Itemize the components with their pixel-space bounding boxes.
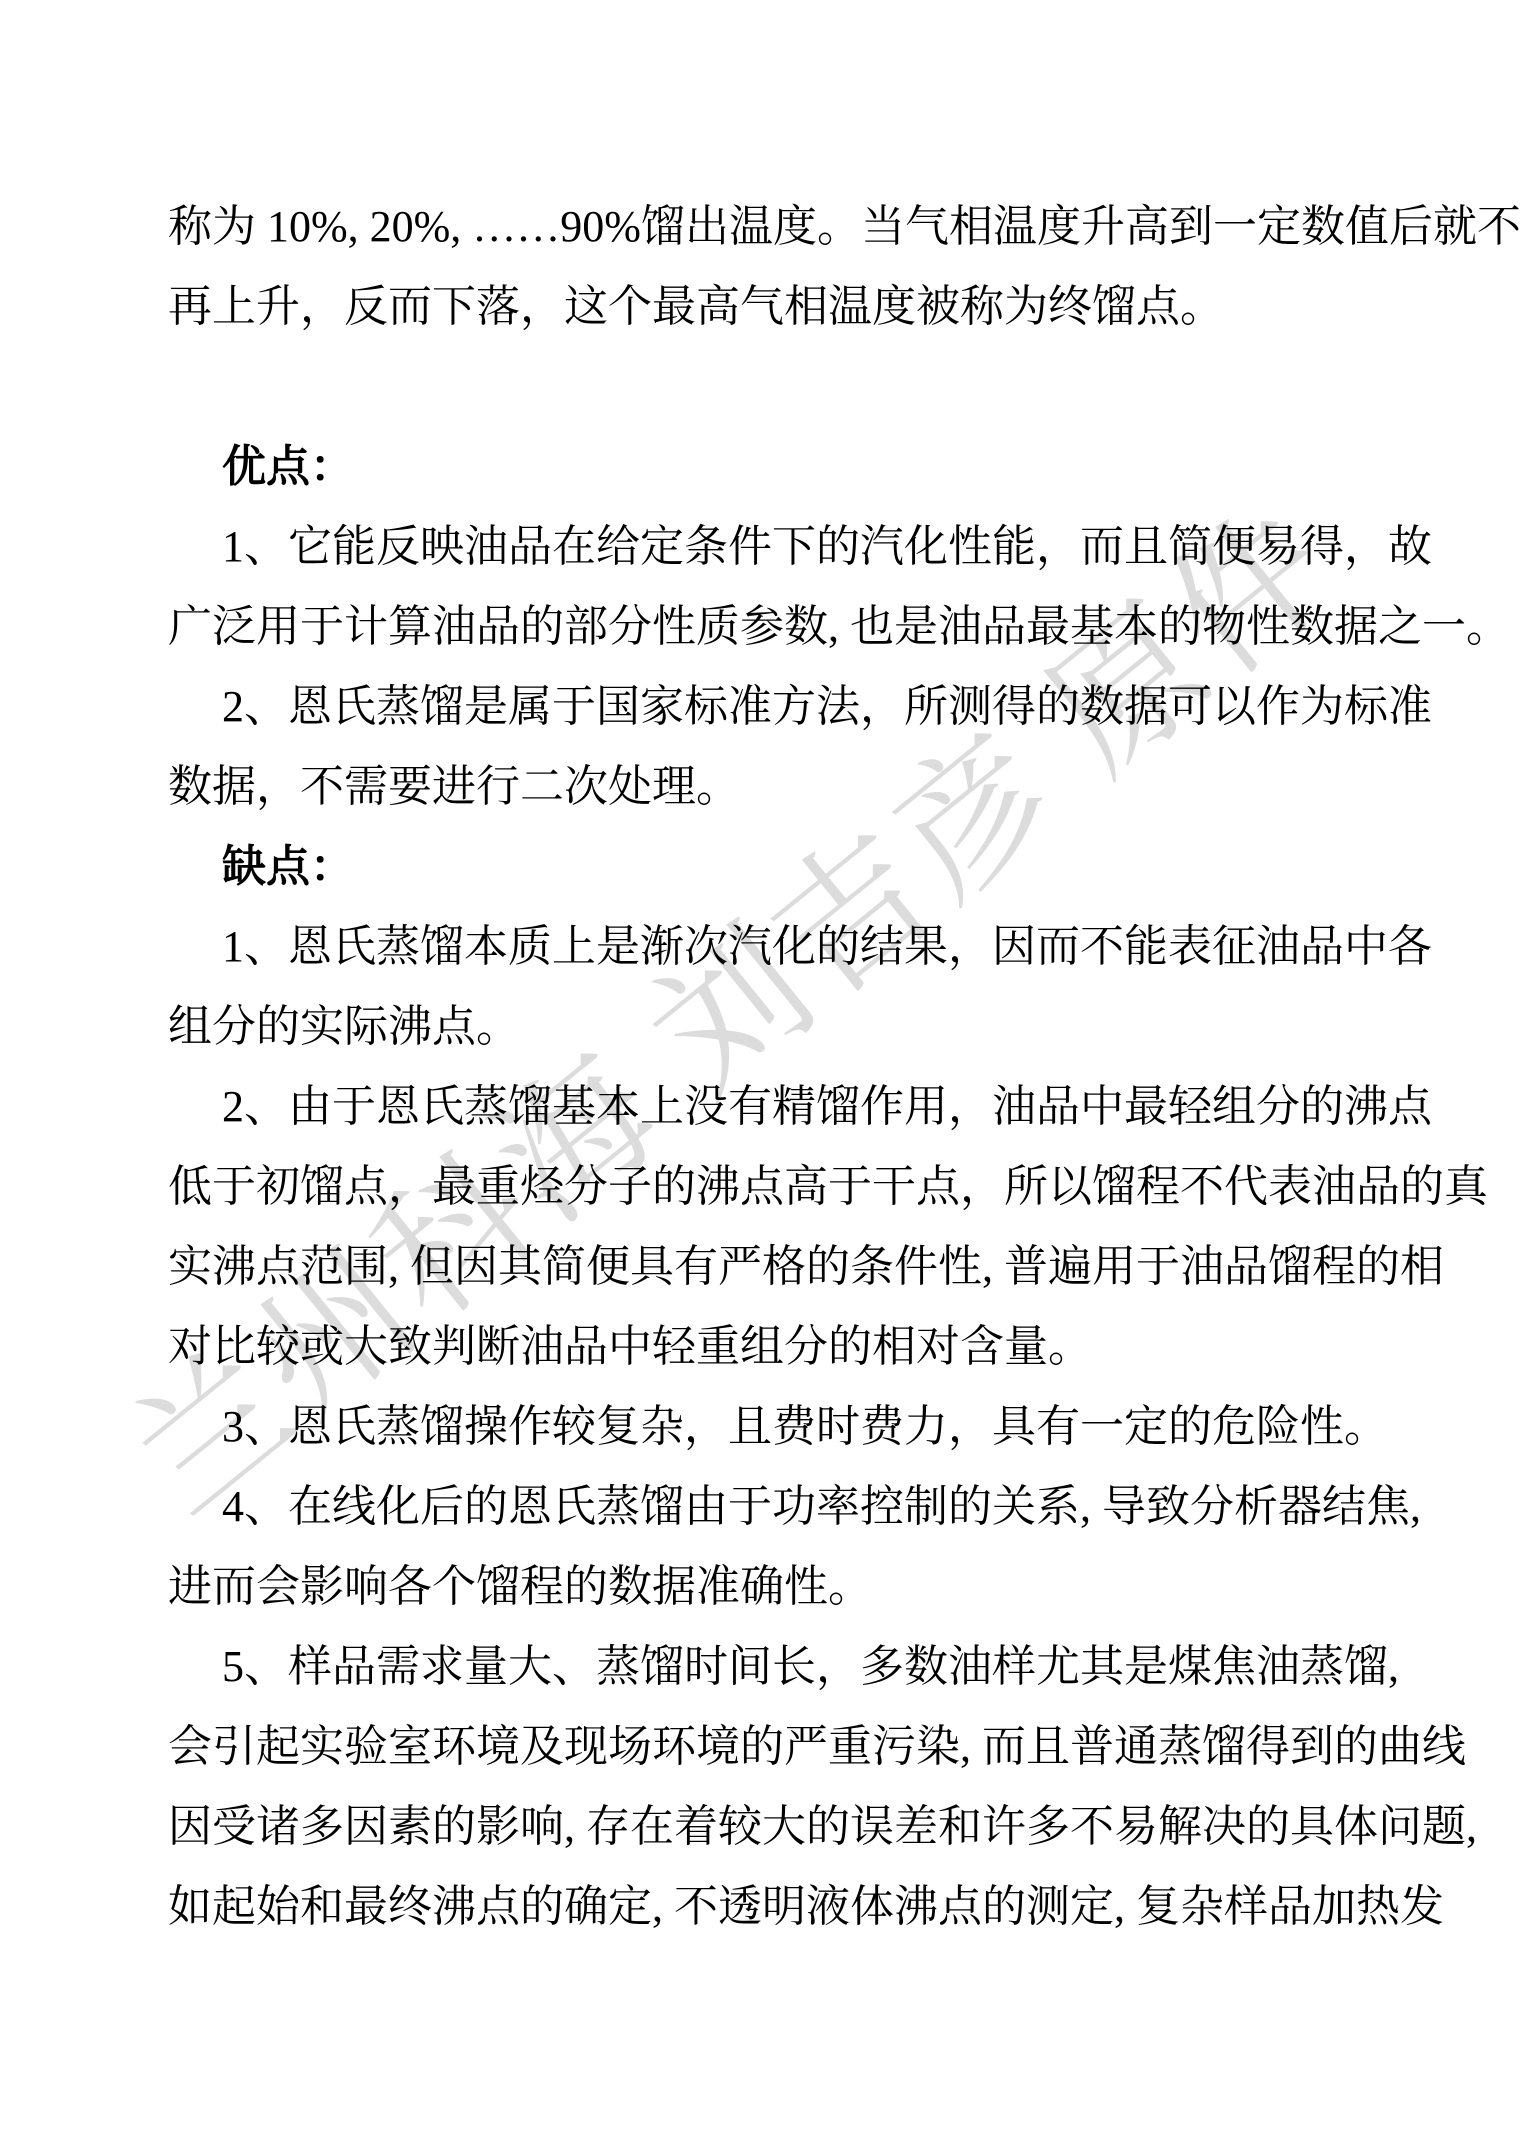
text-line: 广泛用于计算油品的部分性质参数, 也是油品最基本的物性数据之一。 (168, 587, 1360, 667)
text-line: 组分的实际沸点。 (168, 987, 1360, 1067)
document-page: 兰州科海 刘吉彦 原件 称为 10%, 20%, ……90%馏出温度。当气相温度… (0, 0, 1524, 2156)
text-line: 3、恩氏蒸馏操作较复杂，且费时费力，具有一定的危险性。 (168, 1387, 1360, 1467)
text-line: 称为 10%, 20%, ……90%馏出温度。当气相温度升高到一定数值后就不 (168, 187, 1360, 267)
text-line: 2、恩氏蒸馏是属于国家标准方法，所测得的数据可以作为标准 (168, 667, 1360, 747)
heading-advantages: 优点： (168, 427, 1360, 507)
text-line: 如起始和最终沸点的确定, 不透明液体沸点的测定, 复杂样品加热发 (168, 1867, 1360, 1947)
text-line: 5、样品需求量大、蒸馏时间长，多数油样尤其是煤焦油蒸馏, (168, 1627, 1360, 1707)
text-line: 对比较或大致判断油品中轻重组分的相对含量。 (168, 1307, 1360, 1387)
text-line: 1、它能反映油品在给定条件下的汽化性能，而且简便易得，故 (168, 507, 1360, 587)
text-line: 会引起实验室环境及现场环境的严重污染, 而且普通蒸馏得到的曲线 (168, 1707, 1360, 1787)
text-line: 实沸点范围, 但因其简便具有严格的条件性, 普遍用于油品馏程的相 (168, 1227, 1360, 1307)
text-line: 2、由于恩氏蒸馏基本上没有精馏作用，油品中最轻组分的沸点 (168, 1067, 1360, 1147)
text-line: 数据，不需要进行二次处理。 (168, 747, 1360, 827)
text-line: 进而会影响各个馏程的数据准确性。 (168, 1547, 1360, 1627)
text-line: 因受诸多因素的影响, 存在着较大的误差和许多不易解决的具体问题, (168, 1787, 1360, 1867)
text-line: 4、在线化后的恩氏蒸馏由于功率控制的关系, 导致分析器结焦, (168, 1467, 1360, 1547)
text-line: 低于初馏点，最重烃分子的沸点高于干点，所以馏程不代表油品的真 (168, 1147, 1360, 1227)
text-line: 1、恩氏蒸馏本质上是渐次汽化的结果，因而不能表征油品中各 (168, 907, 1360, 987)
heading-disadvantages: 缺点： (168, 827, 1360, 907)
blank-line (168, 347, 1360, 427)
text-line: 再上升，反而下落，这个最高气相温度被称为终馏点。 (168, 267, 1360, 347)
document-body: 称为 10%, 20%, ……90%馏出温度。当气相温度升高到一定数值后就不 再… (168, 187, 1360, 1947)
